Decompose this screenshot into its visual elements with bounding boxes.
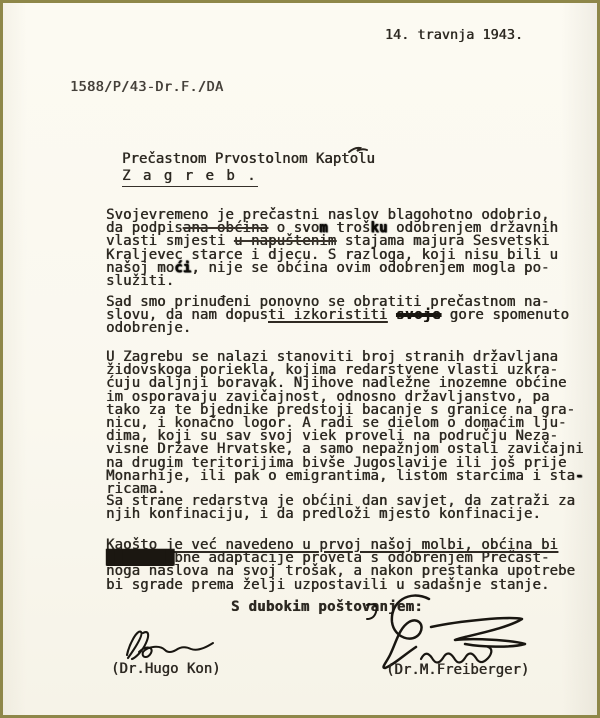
text-segment: ći — [174, 260, 191, 276]
paragraph-3: U Zagrebu se nalazi stanoviti broj stran… — [106, 351, 588, 496]
text-segment: Sa strane redarstva je obćini dan savjet… — [106, 493, 575, 522]
recipient-block: Prečastnom Prvostolnom KaptoluZ a g r e … — [122, 151, 375, 187]
scanned-letter-page: 14. travnja 1943. 1588/P/43-Dr.F./DA Pre… — [0, 0, 600, 718]
recipient-city: Z a g r e b . — [122, 168, 258, 187]
text-segment: - — [575, 468, 584, 484]
paragraph-2: Sad smo prinuđeni ponovno se obratiti pr… — [106, 296, 588, 336]
reference-number: 1588/P/43-Dr.F./DA — [70, 79, 224, 95]
letter-date: 14. travnja 1943. — [385, 27, 523, 43]
text-segment: svoje — [396, 307, 441, 323]
paragraph-4: Sa strane redarstva je obćini dan savjet… — [106, 495, 588, 521]
freiberger-caption: (Dr.M.Freiberger) — [386, 662, 529, 678]
text-segment: U Zagrebu se nalazi stanoviti broj stran… — [106, 349, 584, 484]
text-segment — [387, 307, 396, 323]
text-segment: ti izkoristiti — [268, 307, 387, 323]
recipient-line1: Prečastnom Prvostolnom Kaptolu — [122, 151, 375, 167]
pen-tick-icon — [347, 142, 369, 161]
paragraph-1: Svojevremeno je prečastni naslov blagoho… — [106, 209, 588, 288]
paragraph-5: Kaošto je već navedeno u prvoj našoj mol… — [106, 539, 588, 592]
hugo-kon-caption: (Dr.Hugo Kon) — [111, 661, 221, 677]
